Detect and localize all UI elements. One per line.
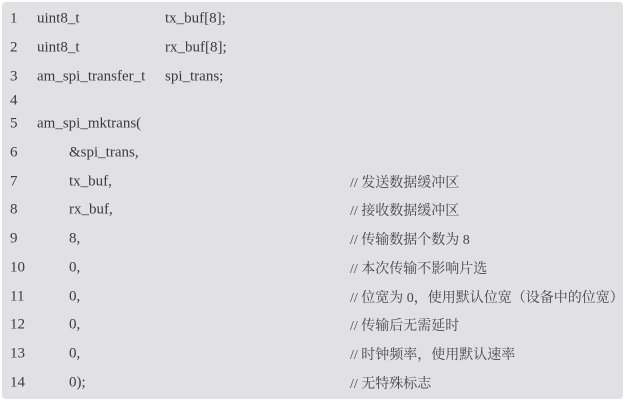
code-line: 130,// 时钟频率，使用默认速率 bbox=[2, 340, 623, 369]
code-line: 8rx_buf,// 接收数据缓冲区 bbox=[2, 196, 623, 225]
variable-text: tx_buf[8]; bbox=[165, 11, 226, 28]
code-text: 0, bbox=[69, 288, 80, 305]
code-text: 8, bbox=[69, 231, 80, 248]
comment-text: // 传输数据个数为 8 bbox=[350, 229, 470, 249]
line-number: 2 bbox=[10, 40, 18, 57]
code-text: tx_buf, bbox=[69, 173, 112, 190]
code-line: 140);// 无特殊标志 bbox=[2, 368, 623, 397]
comment-text: // 本次传输不影响片选 bbox=[350, 258, 487, 278]
code-text: uint8_t bbox=[37, 11, 80, 28]
line-number: 10 bbox=[10, 259, 25, 276]
line-number: 13 bbox=[10, 345, 25, 362]
line-number: 11 bbox=[10, 288, 24, 305]
line-number: 7 bbox=[10, 173, 18, 190]
variable-text: spi_trans; bbox=[165, 68, 223, 85]
comment-text: // 时钟频率，使用默认速率 bbox=[350, 344, 515, 364]
code-text: rx_buf, bbox=[69, 202, 113, 219]
code-line: 6&spi_trans, bbox=[2, 139, 623, 168]
comment-text: // 位宽为 0，使用默认位宽（设备中的位宽） bbox=[350, 287, 624, 307]
code-listing: 1uint8_ttx_buf[8];2uint8_trx_buf[8];3am_… bbox=[2, 2, 623, 399]
line-number: 5 bbox=[10, 116, 18, 133]
comment-text: // 无特殊标志 bbox=[350, 373, 431, 393]
line-number: 6 bbox=[10, 145, 18, 162]
comment-text: // 传输后无需延时 bbox=[350, 315, 459, 335]
code-line: 2uint8_trx_buf[8]; bbox=[2, 34, 623, 63]
code-line: 120,// 传输后无需延时 bbox=[2, 311, 623, 340]
code-line: 110,// 位宽为 0，使用默认位宽（设备中的位宽） bbox=[2, 282, 623, 311]
code-line: 7tx_buf,// 发送数据缓冲区 bbox=[2, 167, 623, 196]
code-line: 4 bbox=[2, 91, 623, 110]
code-text: am_spi_mktrans( bbox=[37, 116, 141, 133]
code-line: 3am_spi_transfer_tspi_trans; bbox=[2, 62, 623, 91]
comment-text: // 发送数据缓冲区 bbox=[350, 172, 459, 192]
code-text: 0, bbox=[69, 345, 80, 362]
line-number: 8 bbox=[10, 202, 18, 219]
variable-text: rx_buf[8]; bbox=[165, 40, 227, 57]
line-number: 3 bbox=[10, 68, 18, 85]
line-number: 9 bbox=[10, 231, 18, 248]
line-number: 14 bbox=[10, 374, 25, 391]
code-line: 5am_spi_mktrans( bbox=[2, 110, 623, 139]
comment-text: // 接收数据缓冲区 bbox=[350, 200, 459, 220]
code-line: 98,// 传输数据个数为 8 bbox=[2, 225, 623, 254]
code-text: &spi_trans, bbox=[69, 145, 139, 162]
code-text: 0, bbox=[69, 259, 80, 276]
line-number: 4 bbox=[10, 92, 18, 109]
code-text: am_spi_transfer_t bbox=[37, 68, 145, 85]
code-text: 0, bbox=[69, 317, 80, 334]
line-number: 12 bbox=[10, 317, 25, 334]
code-text: 0); bbox=[69, 374, 86, 391]
code-text: uint8_t bbox=[37, 40, 80, 57]
code-line: 100,// 本次传输不影响片选 bbox=[2, 254, 623, 283]
line-number: 1 bbox=[10, 11, 18, 28]
code-line: 1uint8_ttx_buf[8]; bbox=[2, 5, 623, 34]
